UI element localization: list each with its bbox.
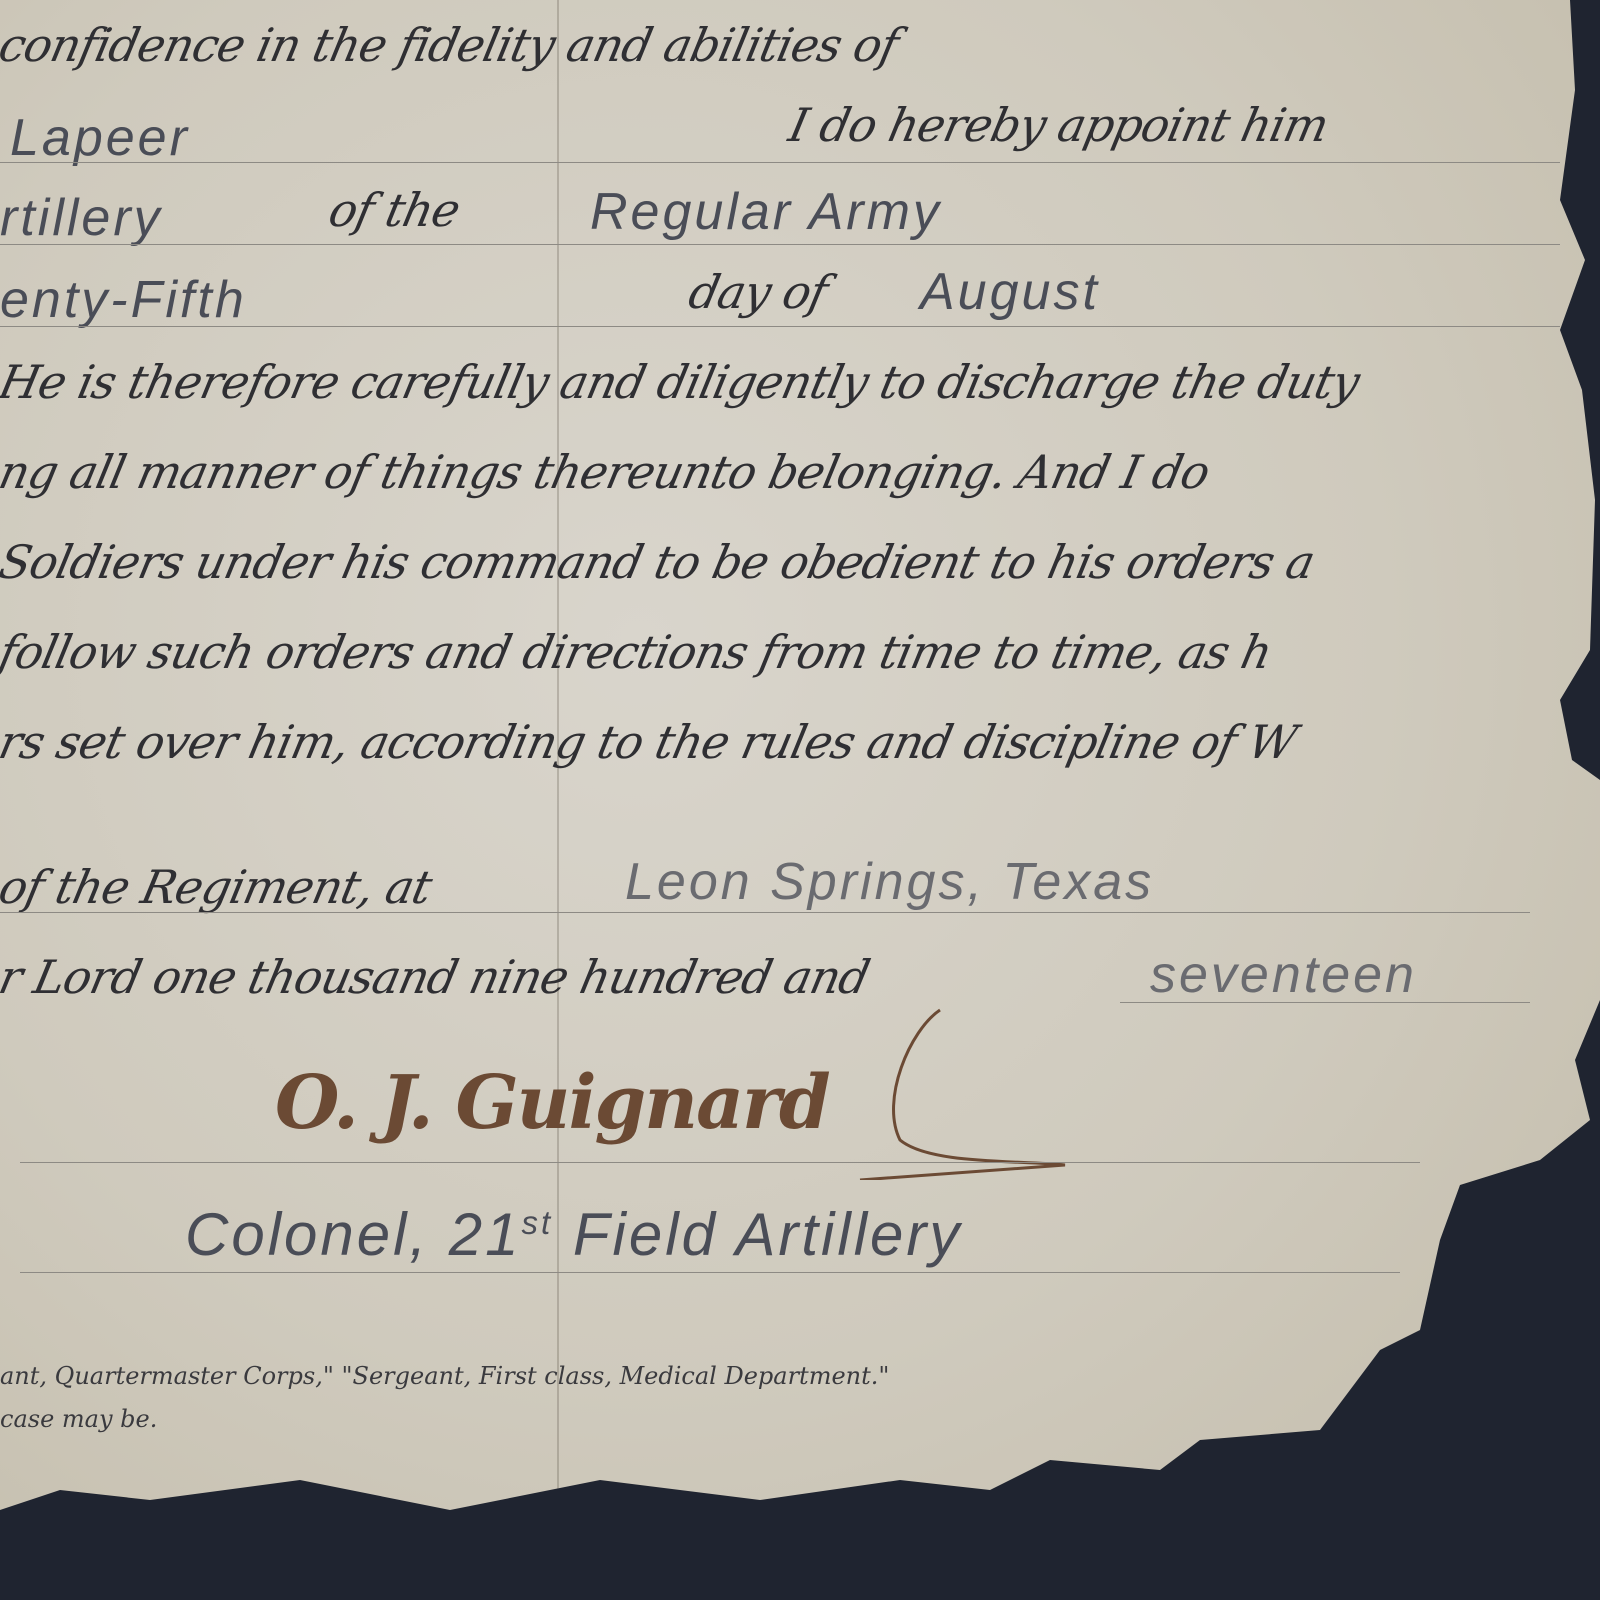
handwritten-name: Lapeer: [10, 108, 190, 168]
printed-line-6: ng all manner of things thereunto belong…: [0, 445, 1214, 499]
printed-line-4: day of: [684, 265, 832, 319]
certificate-paper: confidence in the fidelity and abilities…: [0, 0, 1600, 1600]
title-ordinal-suffix: st: [522, 1204, 554, 1241]
rule: [20, 1272, 1400, 1273]
handwritten-year: seventeen: [1150, 945, 1417, 1005]
title-suffix: Field Artillery: [573, 1201, 963, 1268]
handwritten-branch: rtillery: [0, 188, 163, 248]
printed-line-10: of the Regiment, at: [0, 860, 436, 914]
signature: O. J. Guignard: [275, 1060, 829, 1146]
handwritten-month: August: [920, 262, 1100, 322]
rule: [20, 1162, 1420, 1163]
rule: [0, 244, 1560, 245]
rule: [0, 162, 1560, 163]
printed-line-2: I do hereby appoint him: [784, 98, 1333, 152]
footnote-line-1: ant, Quartermaster Corps," "Sergeant, Fi…: [0, 1362, 889, 1390]
printed-line-9: rs set over him, according to the rules …: [0, 715, 1301, 769]
printed-line-3: of the: [324, 183, 464, 237]
title-prefix: Colonel, 21: [185, 1201, 522, 1268]
rule: [0, 912, 1530, 913]
footnote-line-2: case may be.: [0, 1405, 157, 1433]
handwritten-army: Regular Army: [590, 182, 942, 242]
rule: [0, 326, 1560, 327]
signatory-title: Colonel, 21st Field Artillery: [185, 1200, 962, 1269]
printed-line-11: r Lord one thousand nine hundred and: [0, 950, 874, 1004]
printed-line-5: He is therefore carefully and diligently…: [0, 355, 1364, 409]
handwritten-place: Leon Springs, Texas: [625, 852, 1154, 912]
printed-line-7: Soldiers under his command to be obedien…: [0, 535, 1319, 589]
handwritten-day: enty-Fifth: [0, 270, 247, 330]
rule: [1120, 1002, 1530, 1003]
printed-line-8: follow such orders and directions from t…: [0, 625, 1276, 679]
printed-line-1: confidence in the fidelity and abilities…: [0, 18, 903, 72]
signature-flourish: [840, 990, 1080, 1180]
